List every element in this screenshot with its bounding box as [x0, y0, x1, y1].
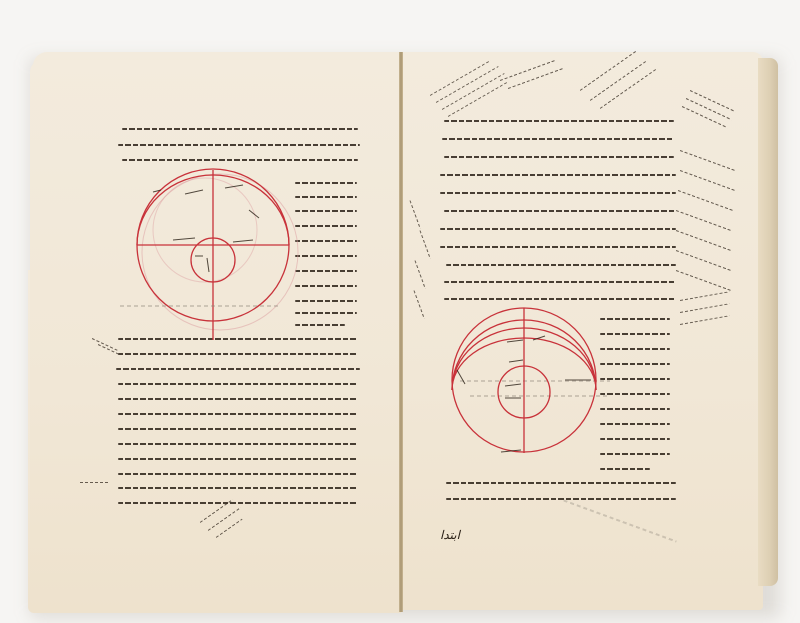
- book-gutter: [399, 52, 403, 612]
- left-astronomical-diagram: [125, 160, 305, 340]
- catchword: ابتدا: [440, 528, 460, 542]
- page-edges: [758, 58, 778, 586]
- right-astronomical-diagram: [445, 300, 605, 465]
